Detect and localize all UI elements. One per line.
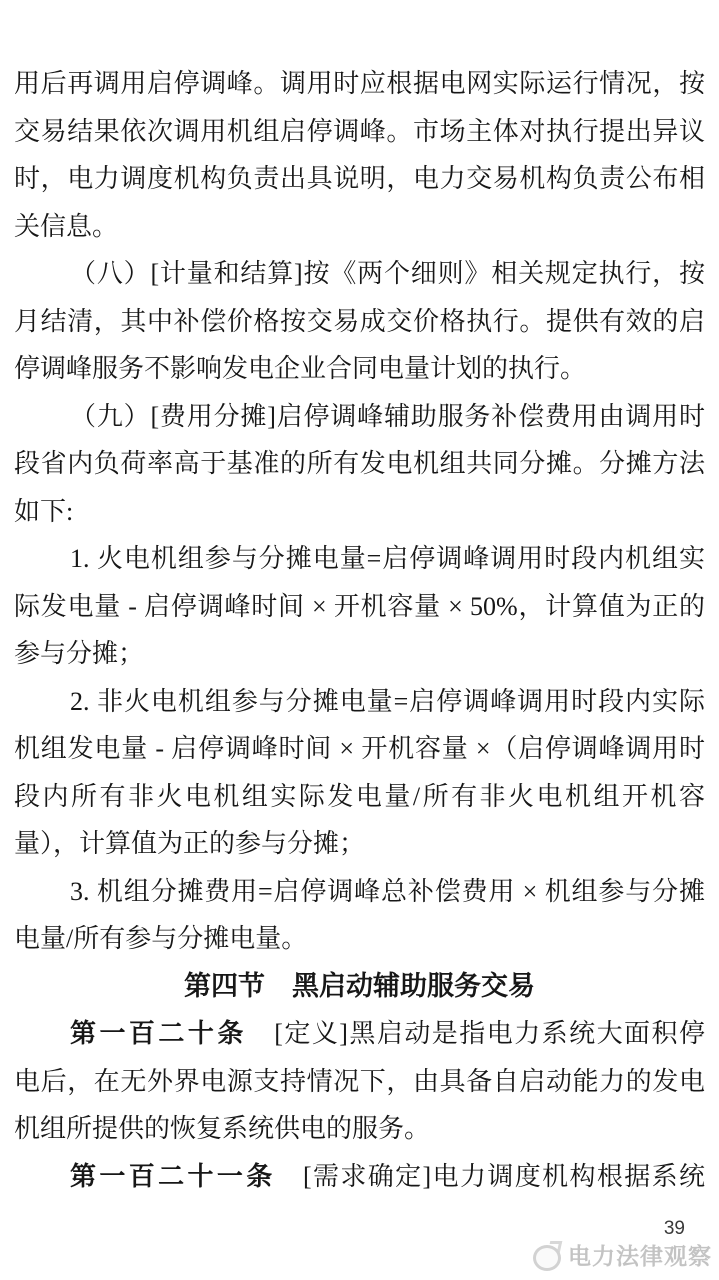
list-item-1-thermal-unit-formula: 1. 火电机组参与分摊电量=启停调峰调用时段内机组实 际发电量 - 启停调峰时间…: [14, 535, 705, 678]
article-120-text: [定义]黑启动是指电力系统大面积停: [247, 1019, 705, 1048]
article-121-number: 第一百二十一条: [70, 1161, 276, 1191]
text-line: 参与分摊；: [14, 630, 705, 678]
paragraph-clause-9-cost-allocation: （九）[费用分摊]启停调峰辅助服务补偿费用由调用时 段省内负荷率高于基准的所有发…: [14, 393, 705, 536]
text-line: 停调峰服务不影响发电企业合同电量计划的执行。: [14, 345, 705, 393]
text-line: 关信息。: [14, 203, 705, 251]
text-line: 机组发电量 - 启停调峰时间 × 开机容量 ×（启停调峰调用时: [14, 725, 705, 773]
text-line: 量），计算值为正的参与分摊；: [14, 820, 705, 868]
paragraph-clause-8-metering-settlement: （八）[计量和结算]按《两个细则》相关规定执行，按 月结清，其中补偿价格按交易成…: [14, 250, 705, 393]
text-line: 际发电量 - 启停调峰时间 × 开机容量 × 50%，计算值为正的: [14, 583, 705, 631]
page-number: 39: [664, 1218, 685, 1240]
page-body-text: 用后再调用启停调峰。调用时应根据电网实际运行情况，按 交易结果依次调用机组启停调…: [0, 0, 719, 1200]
text-line: 机组所提供的恢复系统供电的服务。: [14, 1105, 705, 1153]
text-line: 电后，在无外界电源支持情况下，由具备自启动能力的发电: [14, 1058, 705, 1106]
text-line: 段省内负荷率高于基准的所有发电机组共同分摊。分摊方法: [14, 440, 705, 488]
text-line: 2. 非火电机组参与分摊电量=启停调峰调用时段内实际: [14, 678, 705, 726]
list-item-2-nonthermal-unit-formula: 2. 非火电机组参与分摊电量=启停调峰调用时段内实际 机组发电量 - 启停调峰时…: [14, 678, 705, 868]
text-line: 交易结果依次调用机组启停调峰。市场主体对执行提出异议: [14, 108, 705, 156]
text-line: 1. 火电机组参与分摊电量=启停调峰调用时段内机组实: [14, 535, 705, 583]
text-line: 如下:: [14, 488, 705, 536]
text-line: 用后再调用启停调峰。调用时应根据电网实际运行情况，按: [14, 60, 705, 108]
article-120-number: 第一百二十条: [70, 1018, 247, 1048]
text-line: 时，电力调度机构负责出具说明，电力交易机构负责公布相: [14, 155, 705, 203]
article-121-demand-determination: 第一百二十一条 [需求确定]电力调度机构根据系统: [14, 1153, 705, 1201]
article-120-definition: 第一百二十条 [定义]黑启动是指电力系统大面积停 电后，在无外界电源支持情况下，…: [14, 1010, 705, 1153]
text-line: 月结清，其中补偿价格按交易成交价格执行。提供有效的启: [14, 298, 705, 346]
text-line: 第一百二十条 [定义]黑启动是指电力系统大面积停: [14, 1010, 705, 1058]
text-line: 3. 机组分摊费用=启停调峰总补偿费用 × 机组参与分摊: [14, 868, 705, 916]
text-line: （八）[计量和结算]按《两个细则》相关规定执行，按: [14, 250, 705, 298]
text-line: 电量/所有参与分摊电量。: [14, 915, 705, 963]
paragraph-dispatch-continuation: 用后再调用启停调峰。调用时应根据电网实际运行情况，按 交易结果依次调用机组启停调…: [14, 60, 705, 250]
watermark-logo-icon: [531, 1241, 561, 1269]
watermark-label: 电力法律观察: [568, 1238, 712, 1271]
section-heading-black-start: 第四节 黑启动辅助服务交易: [14, 963, 705, 1011]
publisher-watermark: 电力法律观察: [531, 1238, 712, 1271]
article-121-text: [需求确定]电力调度机构根据系统: [276, 1162, 705, 1191]
text-line: （九）[费用分摊]启停调峰辅助服务补偿费用由调用时: [14, 393, 705, 441]
document-page: 用后再调用启停调峰。调用时应根据电网实际运行情况，按 交易结果依次调用机组启停调…: [0, 0, 719, 1280]
text-line: 第一百二十一条 [需求确定]电力调度机构根据系统: [14, 1153, 705, 1201]
list-item-3-unit-cost-formula: 3. 机组分摊费用=启停调峰总补偿费用 × 机组参与分摊 电量/所有参与分摊电量…: [14, 868, 705, 963]
text-line: 段内所有非火电机组实际发电量/所有非火电机组开机容: [14, 773, 705, 821]
